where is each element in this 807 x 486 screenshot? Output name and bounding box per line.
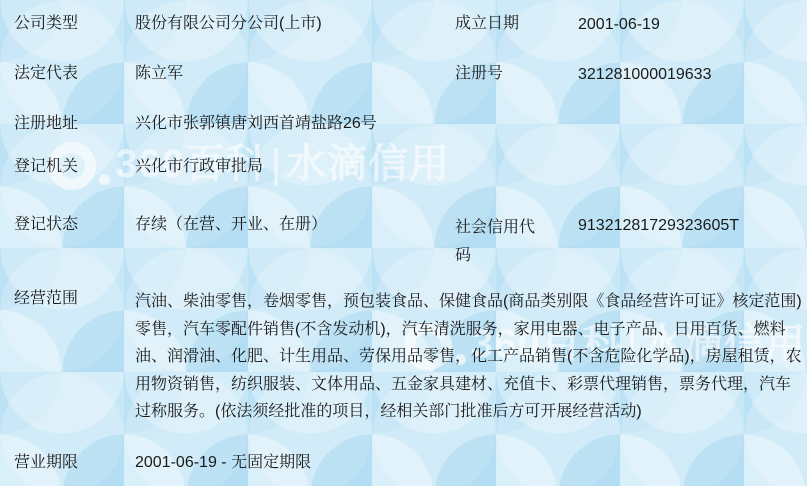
field-label-establish-date: 成立日期: [455, 13, 519, 35]
field-label-registration-authority: 登记机关: [14, 156, 78, 178]
field-label-social-credit-code: 社会信用代码: [455, 214, 539, 270]
field-label-registration-number: 注册号: [455, 63, 503, 85]
field-value-business-scope: 汽油、柴油零售，卷烟零售，预包装食品、保健食品(商品类别限《食品经营许可证》核定…: [135, 288, 803, 426]
field-value-establish-date: 2001-06-19: [578, 14, 660, 36]
watermark-divider: |: [267, 142, 286, 186]
field-value-registration-authority: 兴化市行政审批局: [135, 156, 263, 178]
360-logo-dot-icon: [99, 174, 110, 185]
field-value-registration-number: 321281000019633: [578, 64, 711, 86]
watermark-brand-shuidixinyong: 水滴信用: [286, 142, 450, 186]
field-label-registration-status: 登记状态: [14, 214, 78, 236]
field-value-legal-representative: 陈立军: [135, 63, 183, 85]
field-value-registered-address: 兴化市张郭镇唐刘西首靖盐路26号: [135, 113, 377, 135]
field-value-business-term: 2001-06-19 - 无固定期限: [135, 452, 311, 474]
field-label-company-type: 公司类型: [14, 13, 78, 35]
field-value-company-type: 股份有限公司分公司(上市): [135, 13, 322, 35]
field-label-business-term: 营业期限: [14, 452, 78, 474]
field-label-business-scope: 经营范围: [14, 288, 78, 310]
field-value-social-credit-code: 91321281729323605T: [578, 215, 739, 237]
field-value-registration-status: 存续（在营、开业、在册）: [135, 214, 327, 236]
field-label-registered-address: 注册地址: [14, 113, 78, 135]
business-registration-info-panel: 360百科|水滴信用 360百科|水滴信用 公司类型 股份有限公司分公司(上市)…: [0, 0, 807, 486]
field-label-legal-representative: 法定代表: [14, 63, 78, 85]
